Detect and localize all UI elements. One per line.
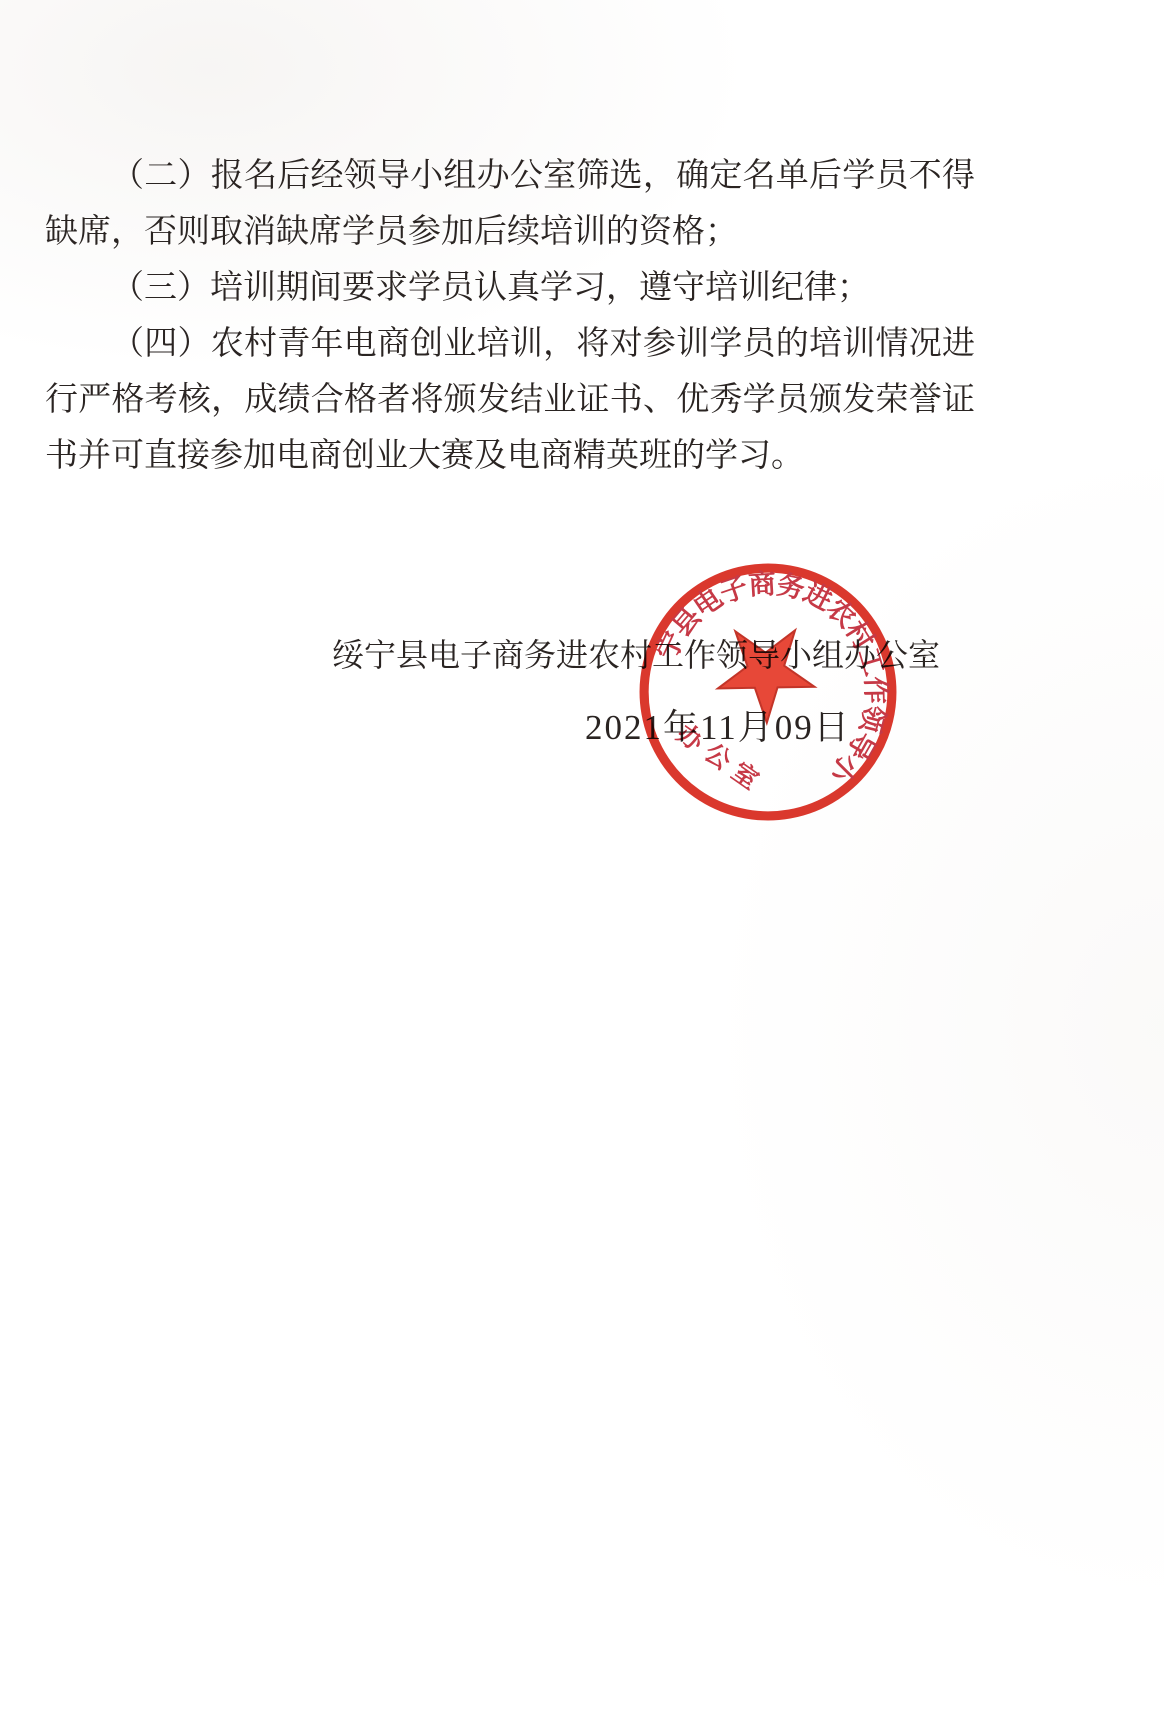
paragraph-line-4-cont: 行严格考核，成绩合格者将颁发结业证书、优秀学员颁发荣誉证 <box>45 372 975 428</box>
paragraph-line-2-cont: 缺席，否则取消缺席学员参加后续培训的资格； <box>45 204 975 260</box>
red-star-icon <box>703 603 835 734</box>
official-seal-graphic: 绥宁县电子商务进农村工作领导小组 办公室 <box>636 560 900 824</box>
document-page: （二）报名后经领导小组办公室筛选，确定名单后学员不得 缺席，否则取消缺席学员参加… <box>0 0 1164 1712</box>
official-seal: 绥宁县电子商务进农村工作领导小组 办公室 <box>636 560 900 824</box>
paragraph-line-3: （三）培训期间要求学员认真学习，遵守培训纪律； <box>45 260 975 316</box>
paragraph-line-4: （四）农村青年电商创业培训，将对参训学员的培训情况进 <box>45 316 975 372</box>
paragraph-line-2: （二）报名后经领导小组办公室筛选，确定名单后学员不得 <box>45 148 975 204</box>
paragraph-line-4-end: 书并可直接参加电商创业大赛及电商精英班的学习。 <box>45 428 975 484</box>
document-body: （二）报名后经领导小组办公室筛选，确定名单后学员不得 缺席，否则取消缺席学员参加… <box>45 148 975 484</box>
